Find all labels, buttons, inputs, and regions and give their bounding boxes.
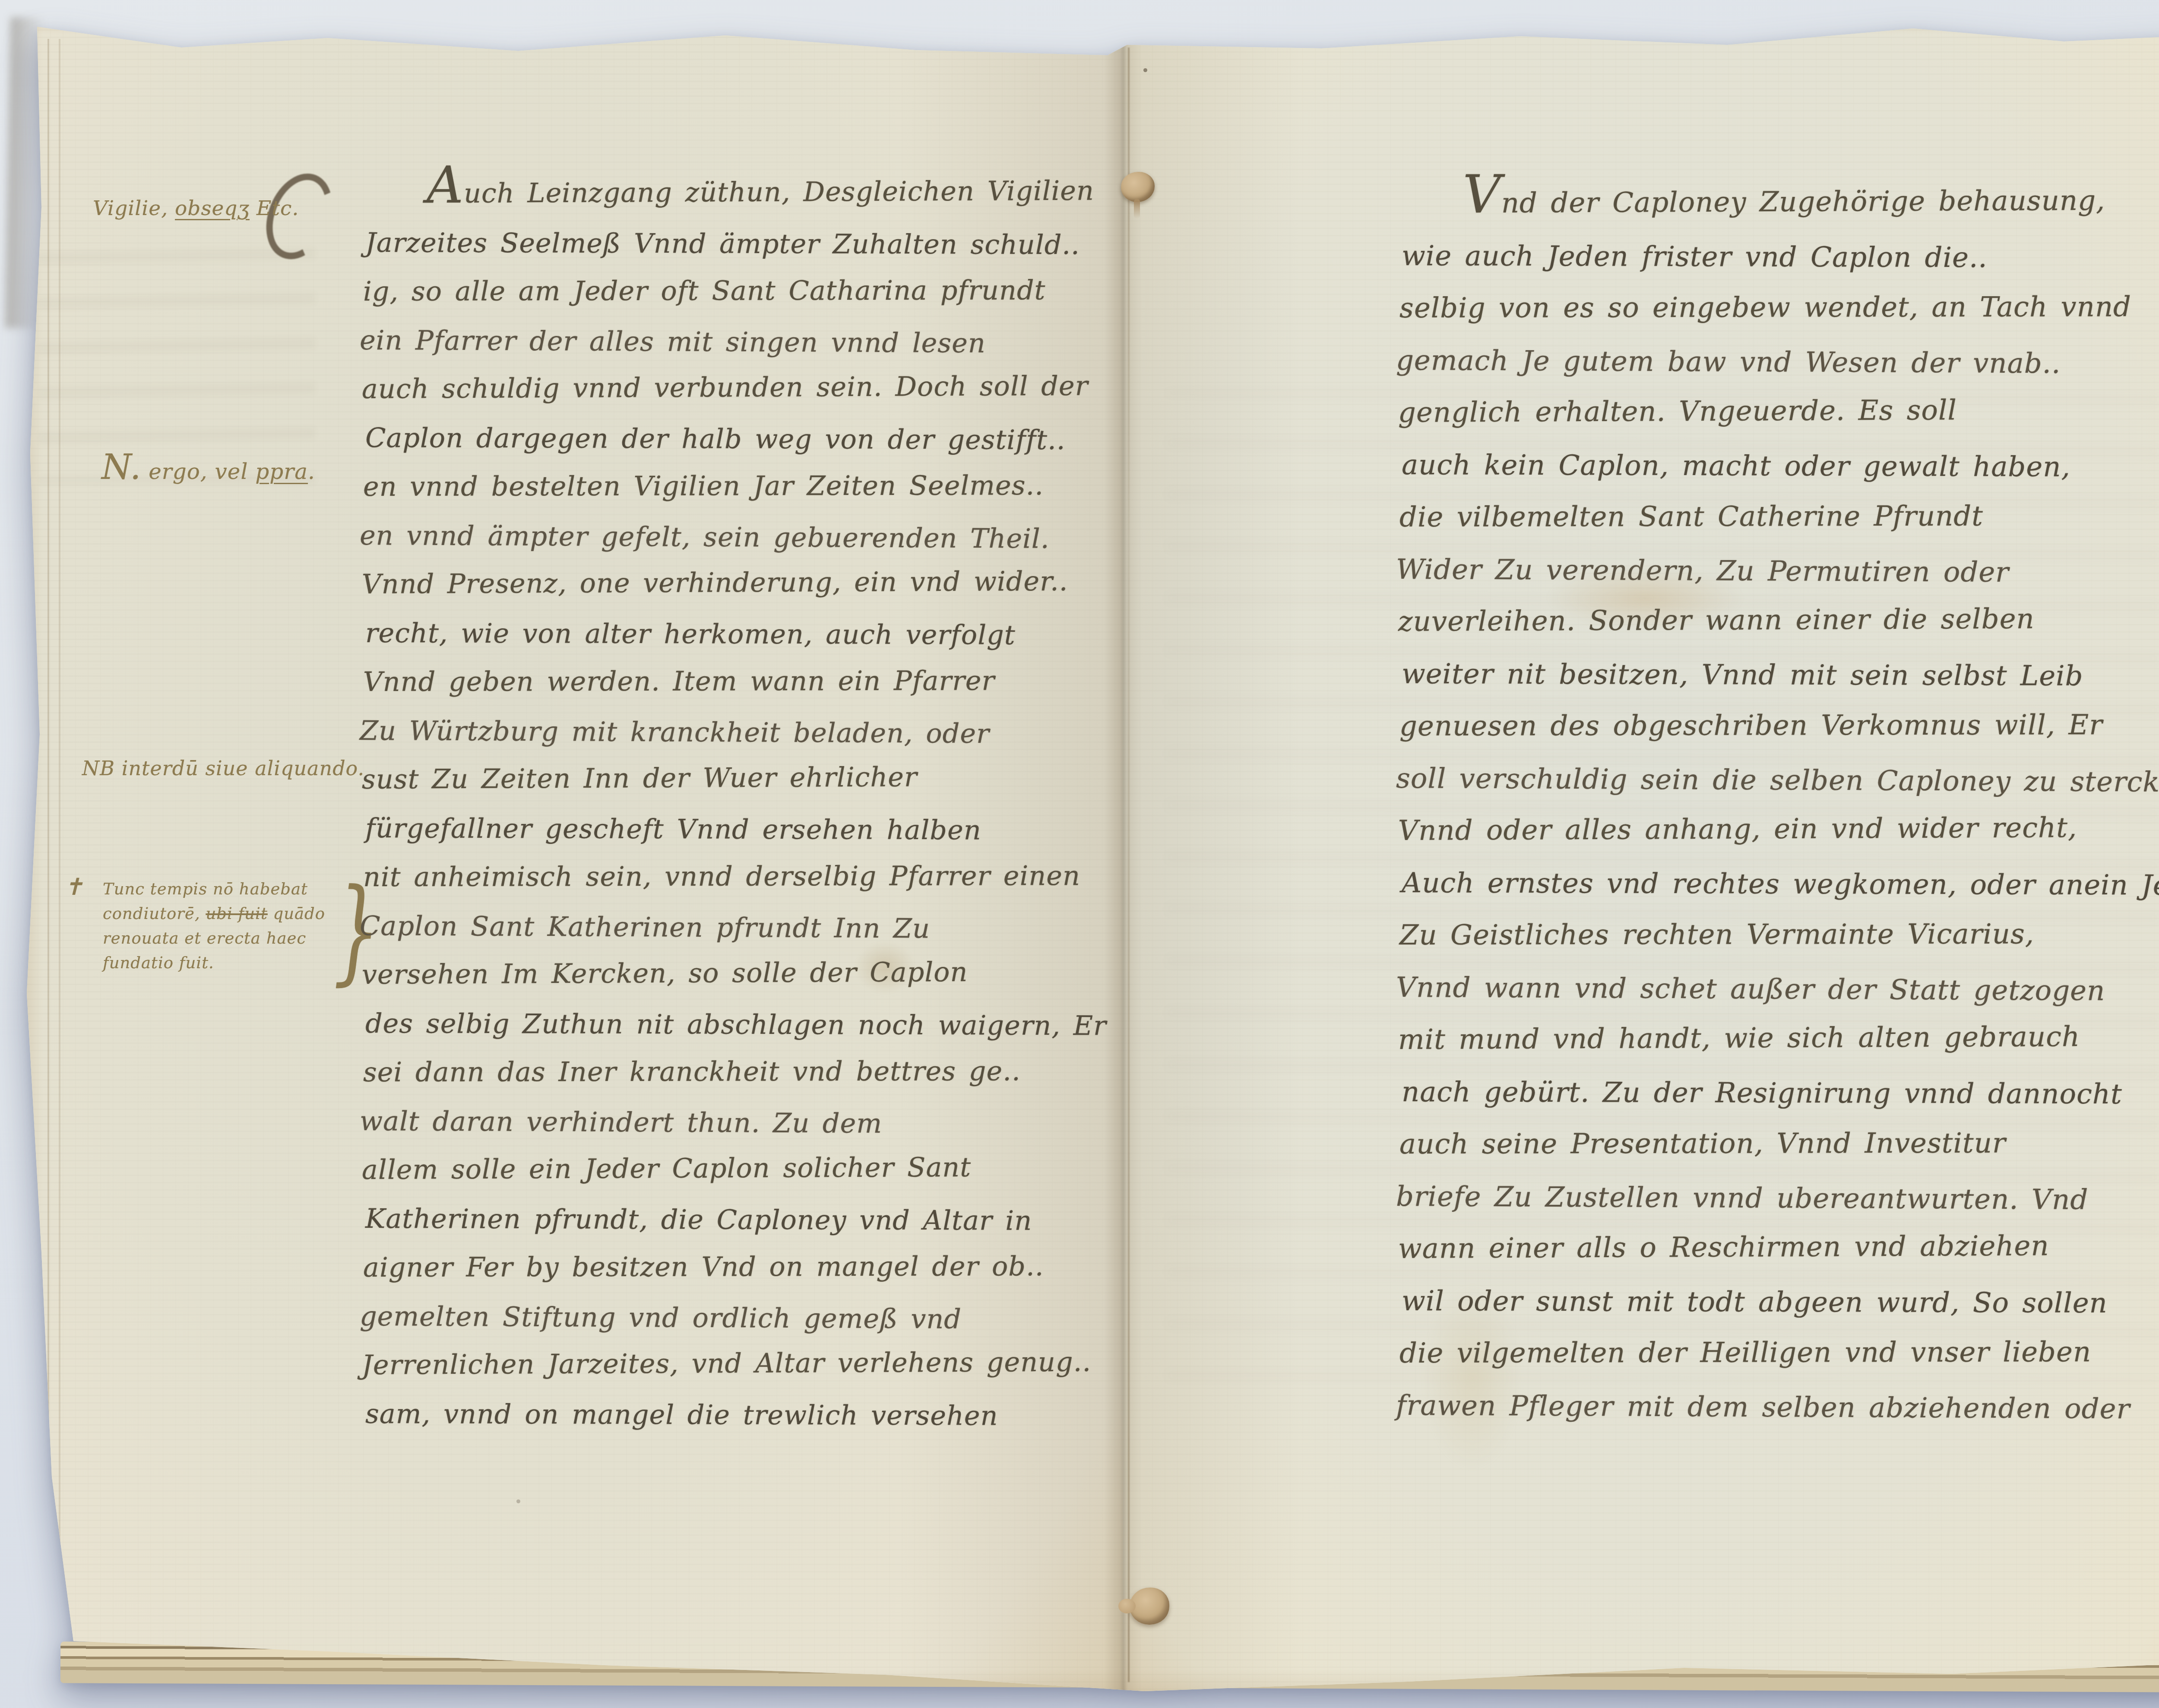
handwriting-line: Wider Zu verendern, Zu Permutiren oder bbox=[1396, 544, 2126, 599]
margin-note-tunc: Tunc tempis nō habebat condiutorē, ubi f… bbox=[103, 877, 345, 975]
handwriting-line: fürgefallner gescheft Vnnd ersehen halbe… bbox=[365, 804, 1095, 855]
handwriting-line: wie auch Jeden frister vnd Caplon die.. bbox=[1402, 230, 2131, 285]
ink-speck bbox=[1143, 68, 1147, 72]
handwriting-line: des selbig Zuthun nit abschlagen noch wa… bbox=[365, 999, 1095, 1050]
margin-note-underlined: ppra bbox=[255, 459, 308, 484]
handwriting-line: nit anheimisch sein, vnnd derselbig Pfar… bbox=[363, 851, 1093, 901]
handwriting-line: Auch Leinzgang züthun, Desgleichen Vigil… bbox=[362, 166, 1092, 218]
handwriting-line: recht, wie von alter herkomen, auch verf… bbox=[365, 608, 1095, 659]
margin-note-vigilie: Vigilie, obseqʒ Etc. bbox=[93, 196, 299, 220]
manuscript-spread: Vigilie, obseqʒ Etc. N. ergo, vel ppra. … bbox=[0, 0, 2159, 1708]
handwriting-line: Vnnd oder alles anhang, ein vnd wider re… bbox=[1398, 802, 2128, 857]
handwriting-line: weiter nit besitzen, Vnnd mit sein selbs… bbox=[1402, 648, 2131, 703]
margin-cross-mark: ✝ bbox=[64, 873, 84, 900]
margin-note-ergo: N. ergo, vel ppra. bbox=[101, 447, 315, 487]
handwriting-line: Auch ernstes vnd rechtes wegkomen, oder … bbox=[1402, 857, 2131, 912]
left-page-body-text: Auch Leinzgang züthun, Desgleichen Vigil… bbox=[362, 169, 1092, 1438]
ink-speck bbox=[2047, 26, 2065, 38]
photograph-background: Vigilie, obseqʒ Etc. N. ergo, vel ppra. … bbox=[0, 0, 2159, 1708]
center-fold-crease bbox=[1128, 48, 1130, 1682]
handwriting-line: sam, vnnd on mangel die trewlich versehe… bbox=[365, 1389, 1095, 1440]
handwriting-line: gemach Je gutem baw vnd Wesen der vnab.. bbox=[1396, 335, 2126, 390]
handwriting-line: ig, so alle am Jeder oft Sant Catharina … bbox=[363, 266, 1093, 316]
handwriting-line: Zu Würtzburg mit kranckheit beladen, ode… bbox=[360, 706, 1090, 758]
margin-note-line: renouata et erecta haec bbox=[103, 929, 306, 947]
margin-note-line: condiutorē, bbox=[103, 904, 206, 923]
handwriting-line: Caplon dargegen der halb weg von der ges… bbox=[365, 413, 1095, 464]
handwriting-line: mit mund vnd handt, wie sich alten gebra… bbox=[1398, 1011, 2128, 1066]
paper-sheet: Vigilie, obseqʒ Etc. N. ergo, vel ppra. … bbox=[0, 0, 2159, 1708]
handwriting-line: die vilbemelten Sant Catherine Pfrundt bbox=[1399, 490, 2129, 544]
margin-note-interdum: NB interdū siue aliquando. bbox=[82, 757, 364, 780]
handwriting-line: auch kein Caplon, macht oder gewalt habe… bbox=[1402, 439, 2131, 494]
handwriting-line: Vnnd geben werden. Item wann ein Pfarrer bbox=[363, 656, 1093, 706]
ink-speck bbox=[516, 1499, 520, 1503]
handwriting-line: frawen Pfleger mit dem selben abziehende… bbox=[1396, 1380, 2126, 1435]
handwriting-line: aigner Fer by besitzen Vnd on mangel der… bbox=[363, 1242, 1093, 1292]
handwriting-line: Caplon Sant Katherinen pfrundt Inn Zu bbox=[360, 901, 1090, 954]
handwriting-line: ein Pfarrer der alles mit singen vnnd le… bbox=[360, 316, 1090, 368]
handwriting-line: Katherinen pfrundt, die Caploney vnd Alt… bbox=[365, 1194, 1095, 1245]
margin-note-text: Vigilie, bbox=[93, 196, 175, 220]
margin-note-text: . bbox=[308, 459, 315, 484]
handwriting-line: briefe Zu Zustellen vnnd ubereantwurten.… bbox=[1396, 1171, 2126, 1226]
handwriting-line: Jarzeites Seelmeß Vnnd ämpter Zuhalten s… bbox=[365, 218, 1095, 269]
handwriting-line: zuverleihen. Sonder wann einer die selbe… bbox=[1398, 593, 2128, 648]
margin-note-text: N. ergo, vel bbox=[101, 459, 255, 484]
handwriting-line: sei dann das Iner kranckheit vnd bettres… bbox=[363, 1046, 1093, 1096]
handwriting-line: Vnd der Caploney Zugehörige behausung, bbox=[1398, 175, 2128, 230]
handwriting-line: en vnnd ämpter gefelt, sein gebuerenden … bbox=[360, 511, 1090, 563]
handwriting-line: Vnnd Presenz, one verhinderung, ein vnd … bbox=[362, 557, 1092, 608]
margin-note-struck-words: ubi fuit bbox=[206, 904, 267, 923]
margin-note-underlined: obseqʒ bbox=[175, 196, 250, 220]
center-fold-shading bbox=[1104, 43, 1142, 1691]
margin-note-line: Tunc tempis nō habebat bbox=[103, 880, 308, 898]
handwriting-line: Jerrenlichen Jarzeites, vnd Altar verleh… bbox=[362, 1337, 1092, 1389]
binding-thread-knot-bottom bbox=[1130, 1588, 1169, 1625]
handwriting-line: en vnnd bestelten Vigilien Jar Zeiten Se… bbox=[363, 461, 1093, 511]
handwriting-line: wann einer alls o Reschirmen vnd abziehe… bbox=[1398, 1220, 2128, 1275]
handwriting-line: die vilgemelten der Heilligen vnd vnser … bbox=[1399, 1326, 2129, 1380]
handwriting-line: wil oder sunst mit todt abgeen wurd, So … bbox=[1402, 1275, 2131, 1330]
handwriting-line: Zu Geistliches rechten Vermainte Vicariu… bbox=[1399, 908, 2129, 962]
handwriting-line: auch schuldig vnnd verbunden sein. Doch … bbox=[362, 361, 1092, 413]
handwriting-line: walt daran verhindert thun. Zu dem bbox=[360, 1096, 1090, 1149]
handwriting-line: Vnnd wann vnd schet außer der Statt getz… bbox=[1396, 962, 2126, 1017]
handwriting-line: auch seine Presentation, Vnnd Investitur bbox=[1399, 1117, 2129, 1171]
margin-note-line: fundatio fuit. bbox=[103, 954, 214, 972]
handwriting-line: nach gebürt. Zu der Resignirung vnnd dan… bbox=[1402, 1066, 2131, 1121]
right-page-body-text: Vnd der Caploney Zugehörige behausung,wi… bbox=[1398, 178, 2128, 1432]
margin-note-line: quādo bbox=[268, 904, 325, 923]
handwriting-line: selbig von es so eingebew wendet, an Tac… bbox=[1399, 281, 2129, 335]
handwriting-line: versehen Im Kercken, so solle der Caplon bbox=[362, 947, 1092, 999]
margin-note-text: Etc. bbox=[250, 196, 299, 220]
handwriting-line: soll verschuldig sein die selben Caplone… bbox=[1396, 753, 2126, 808]
handwriting-line: sust Zu Zeiten Inn der Wuer ehrlicher bbox=[362, 752, 1092, 804]
handwriting-line: genglich erhalten. Vngeuerde. Es soll bbox=[1398, 384, 2128, 439]
handwriting-line: gemelten Stiftung vnd ordlich gemeß vnd bbox=[360, 1292, 1090, 1344]
handwriting-line: allem solle ein Jeder Caplon solicher Sa… bbox=[362, 1142, 1092, 1194]
handwriting-line: genuesen des obgeschriben Verkomnus will… bbox=[1399, 699, 2129, 753]
